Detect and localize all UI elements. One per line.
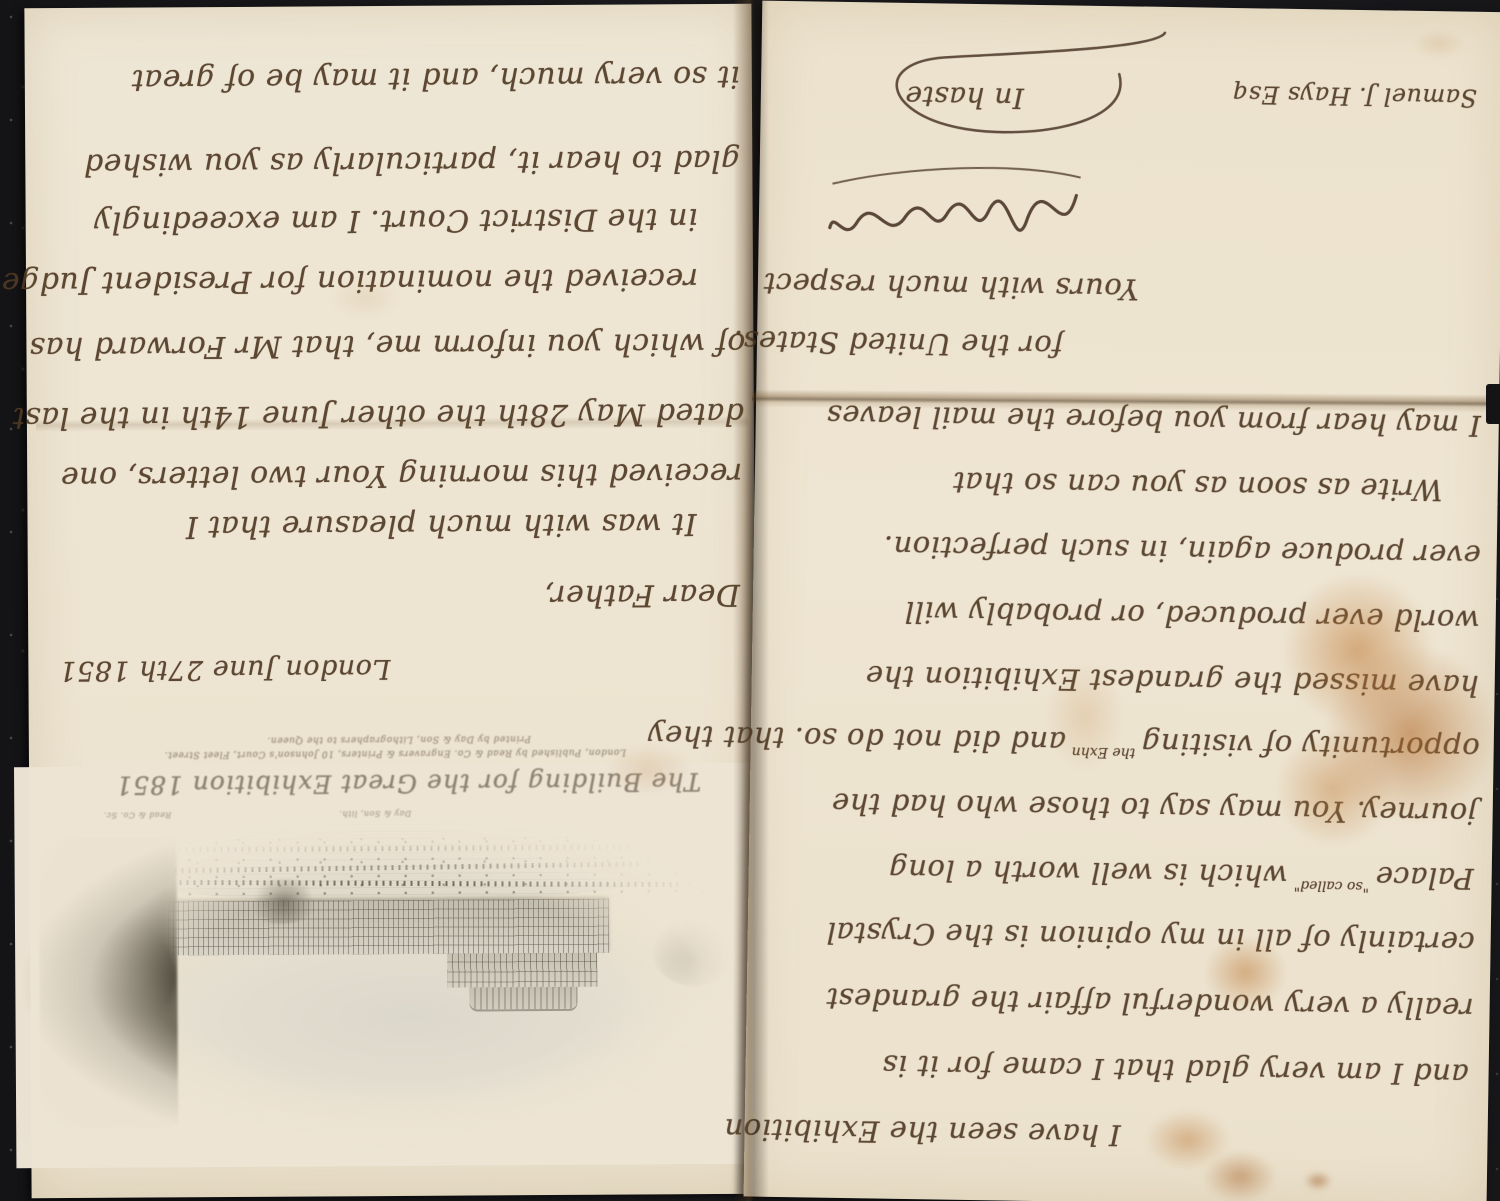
signature-flourish [823,159,1084,258]
page1-line: received this morning Your two letters, … [60,456,742,495]
caret-insertion: the Exhn [1072,744,1136,761]
letterhead-engraving [42,791,750,1140]
page4-rotated-content: I have seen the Exhibition and I am very… [744,1,1500,1201]
page4-line: really a very wonderful affair the grand… [826,982,1474,1026]
page4-line-with-insert: Palace"so called"which is well worth a l… [888,853,1473,896]
page1-line: in the District Court. I am exceedingly [94,201,698,240]
page4-line: certainly of all in my opinion is the Cr… [826,916,1475,960]
letter-page1-sheet: Day & Son, lith. Read & Co. Sc. The Buil… [24,4,758,1198]
page4-line: ever produce again, in such perfection. [883,530,1481,573]
line5-text: which is well worth a long [888,853,1288,893]
letterhead-caption: The Building for the Great Exhibition 18… [115,767,701,800]
page4-line: world ever produced, or probably will [904,595,1480,638]
closing-place-line: for the United States. [733,324,1063,363]
page4-line: Write as soon as you can so that [952,466,1443,508]
page1-line: received the nomination for President Ju… [1,261,698,300]
page1-line: It was with much pleasure that I [185,506,696,544]
line7-text: opportunity of visiting [1141,727,1480,766]
letterhead-credit-2: Printed by Day & Son, Lithographers to t… [267,733,531,745]
right-edge-notch [1486,384,1500,424]
postscript-group: In haste [843,20,1175,145]
engraving-vignette-fade [14,763,778,1169]
caret-insertion: "so called" [1294,877,1370,894]
date-line: London June 27th 1851 [59,653,391,686]
center-fold-shadow [733,0,769,1201]
page1-line: glad to hear it, particularly as you wis… [83,143,740,182]
page4-line: journey. You may say to those who had th… [831,787,1477,831]
line7-text: and did not do so. that they [647,719,1066,760]
page4-line: and I am very glad that I came for it is [882,1049,1469,1092]
salutation: Dear Father, [544,577,740,613]
line5-text: Palace [1375,860,1474,896]
page1-rotated-content: Day & Son, lith. Read & Co. Sc. The Buil… [24,4,758,1198]
closing-line: Yours with much respect [763,267,1139,307]
engraver-mark-right: Read & Co. Sc. [103,810,171,819]
letterhead-credit-1: London, Published by Read & Co. Engraver… [164,747,626,760]
page4-line: have missed the grandest Exhibition the [865,659,1479,703]
letter-page4-sheet: I have seen the Exhibition and I am very… [744,1,1500,1201]
engraver-mark-left: Day & Son, lith. [339,809,412,818]
postscript-text: In haste [905,80,1024,115]
page4-line-with-insert: opportunity of visitingthe Exhnand did n… [647,719,1480,766]
page4-line: I have seen the Exhibition [724,1112,1121,1152]
page1-line: it so very much, and it may be of great [131,59,740,98]
addressee-line: Samuel J. Hays Esq [1232,80,1477,112]
page1-line: of which you inform me, that Mr Forward … [29,326,745,365]
